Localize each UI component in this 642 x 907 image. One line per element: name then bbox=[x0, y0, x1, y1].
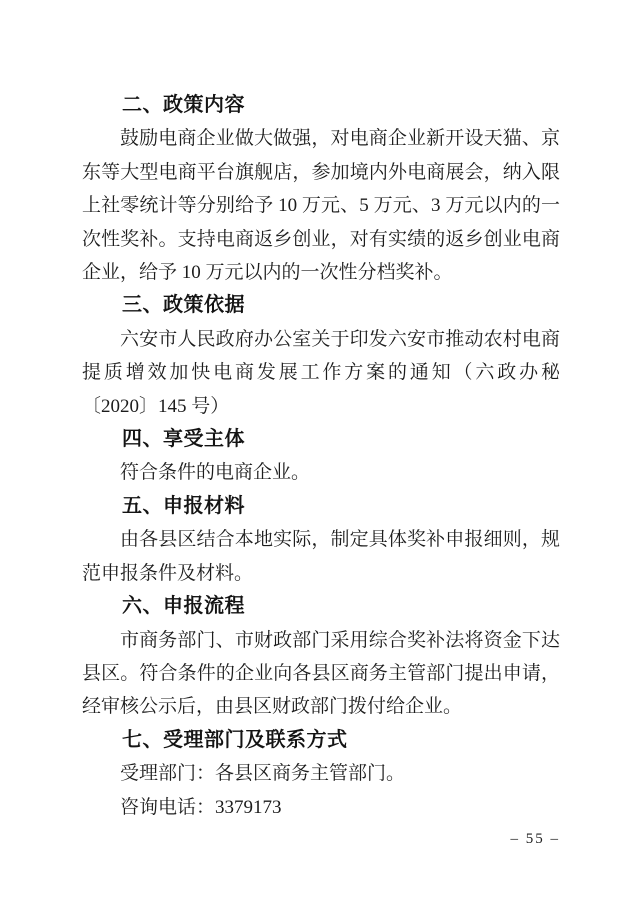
section-heading-application-process: 六、申报流程 bbox=[82, 590, 560, 623]
section-heading-beneficiaries: 四、享受主体 bbox=[82, 423, 560, 456]
paragraph-phone-number: 咨询电话：3379173 bbox=[82, 791, 560, 824]
section-policy-content: 二、政策内容 鼓励电商企业做大做强，对电商企业新开设天猫、京东等大型电商平台旗舰… bbox=[82, 89, 560, 289]
page-number: – 55 – bbox=[511, 830, 561, 848]
section-policy-basis: 三、政策依据 六安市人民政府办公室关于印发六安市推动农村电商提质增效加快电商发展… bbox=[82, 289, 560, 423]
section-beneficiaries: 四、享受主体 符合条件的电商企业。 bbox=[82, 423, 560, 490]
section-contact: 七、受理部门及联系方式 受理部门：各县区商务主管部门。 咨询电话：3379173 bbox=[82, 724, 560, 824]
section-heading-contact: 七、受理部门及联系方式 bbox=[82, 724, 560, 757]
section-heading-application-materials: 五、申报材料 bbox=[82, 490, 560, 523]
section-application-materials: 五、申报材料 由各县区结合本地实际，制定具体奖补申报细则，规范申报条件及材料。 bbox=[82, 490, 560, 590]
section-application-process: 六、申报流程 市商务部门、市财政部门采用综合奖补法将资金下达县区。符合条件的企业… bbox=[82, 590, 560, 724]
document-page: 二、政策内容 鼓励电商企业做大做强，对电商企业新开设天猫、京东等大型电商平台旗舰… bbox=[0, 0, 642, 907]
paragraph: 由各县区结合本地实际，制定具体奖补申报细则，规范申报条件及材料。 bbox=[82, 523, 560, 590]
paragraph: 符合条件的电商企业。 bbox=[82, 456, 560, 489]
section-heading-policy-basis: 三、政策依据 bbox=[82, 289, 560, 322]
paragraph-accepting-department: 受理部门：各县区商务主管部门。 bbox=[82, 757, 560, 790]
paragraph: 市商务部门、市财政部门采用综合奖补法将资金下达县区。符合条件的企业向各县区商务主… bbox=[82, 624, 560, 724]
paragraph: 六安市人民政府办公室关于印发六安市推动农村电商提质增效加快电商发展工作方案的通知… bbox=[82, 323, 560, 423]
section-heading-policy-content: 二、政策内容 bbox=[82, 89, 560, 122]
document-body: 二、政策内容 鼓励电商企业做大做强，对电商企业新开设天猫、京东等大型电商平台旗舰… bbox=[82, 89, 560, 824]
paragraph: 鼓励电商企业做大做强，对电商企业新开设天猫、京东等大型电商平台旗舰店，参加境内外… bbox=[82, 122, 560, 289]
